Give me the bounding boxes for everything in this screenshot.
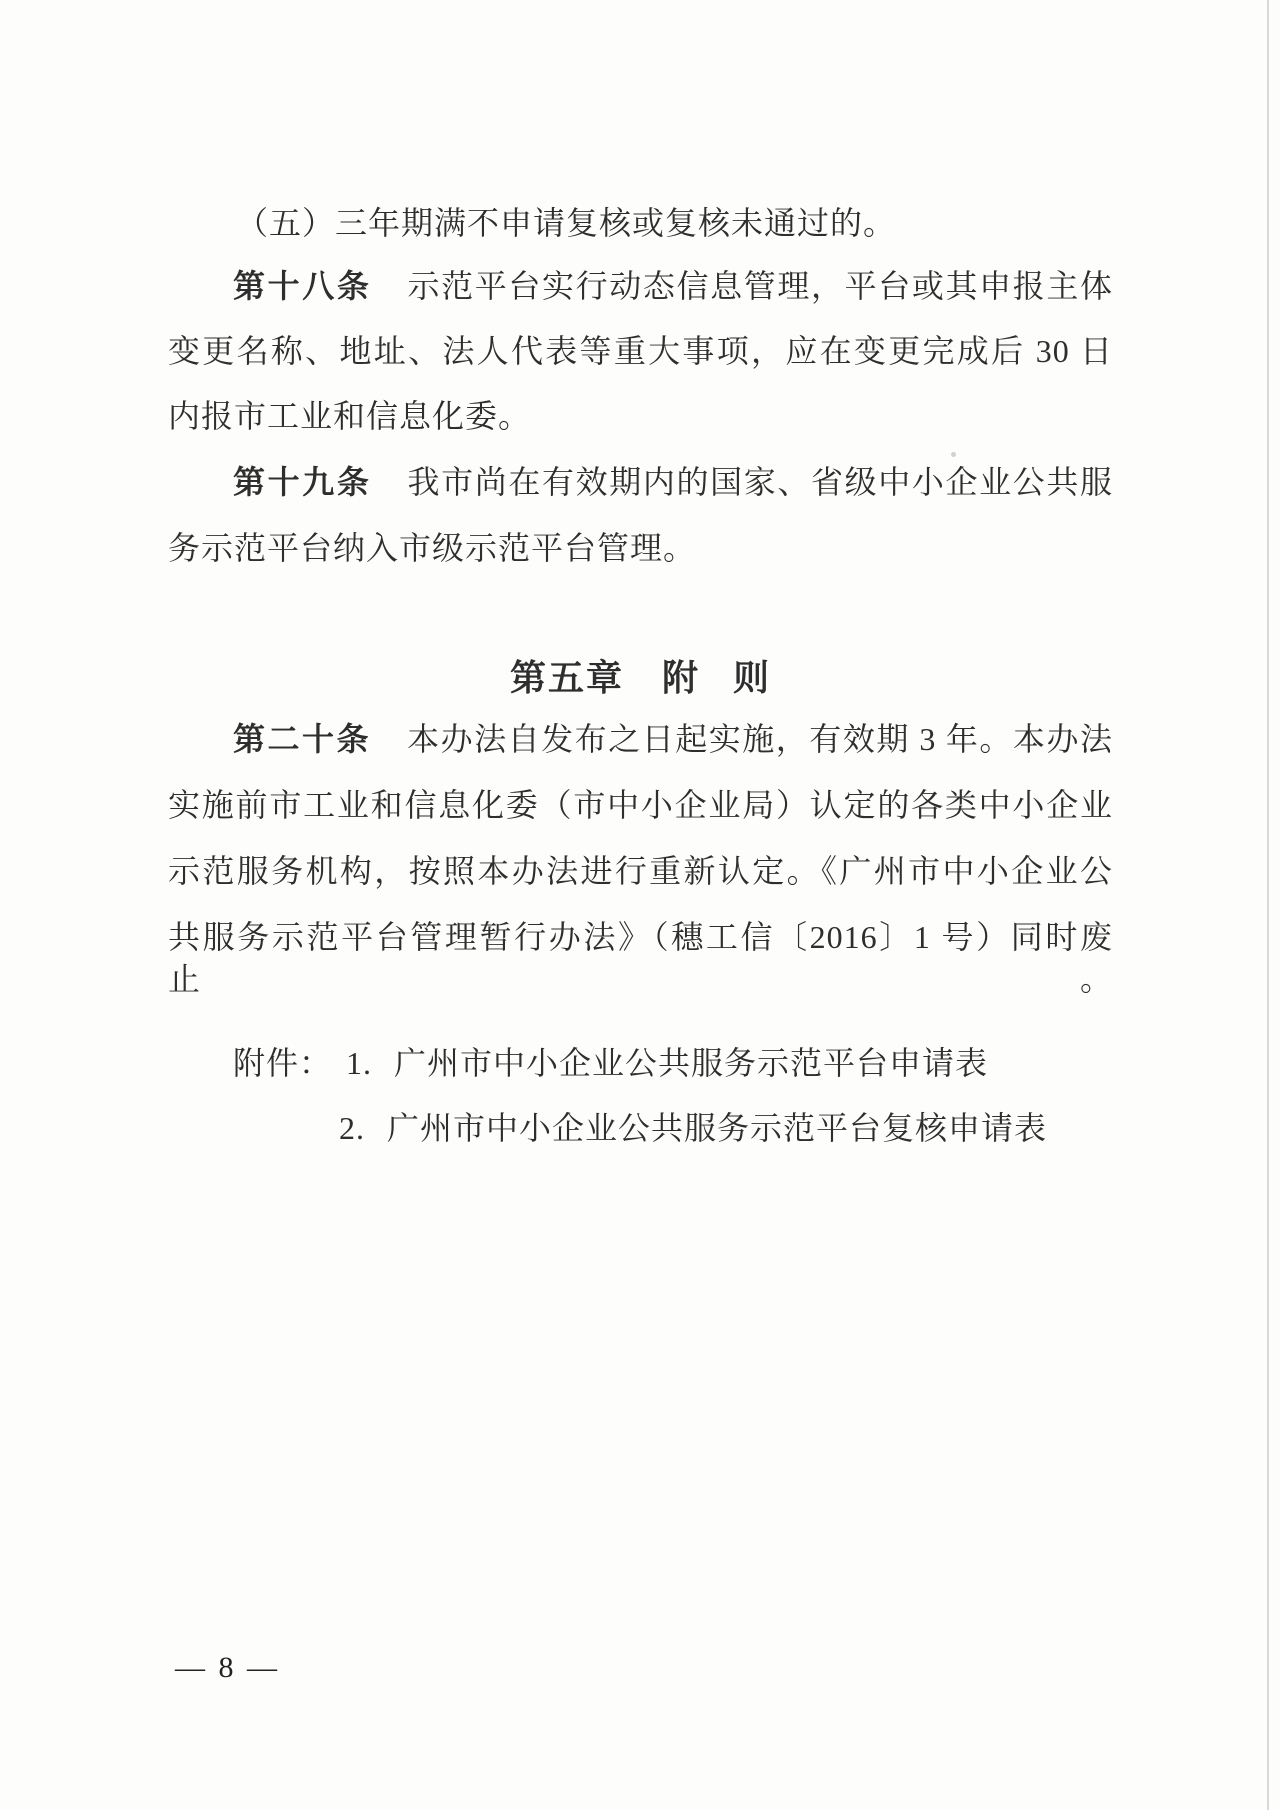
attachment-1-number: 1. (346, 1042, 374, 1084)
attachment-1-title: 广州市中小企业公共服务示范平台申请表 (394, 1045, 988, 1081)
article-18-label: 第十八条 (233, 268, 372, 304)
document-page: （五）三年期满不申请复核或复核未通过的。 第十八条示范平台实行动态信息管理，平台… (0, 0, 1280, 1810)
attachment-2-title: 广州市中小企业公共服务示范平台复核申请表 (387, 1110, 1047, 1146)
article-18-line: 第十八条示范平台实行动态信息管理，平台或其申报主体 (233, 265, 1113, 307)
page-number: — 8 — (175, 1648, 280, 1688)
article-18-continuation-line-1: 变更名称、地址、法人代表等重大事项，应在变更完成后 30 日 (168, 330, 1113, 372)
attachment-item-1: 附件：1.广州市中小企业公共服务示范平台申请表 (233, 1042, 988, 1084)
article-20-continuation-line-2: 示范服务机构，按照本办法进行重新认定。《广州市中小企业公 (168, 850, 1113, 892)
body-text: 实施前市工业和信息化委（市中小企业局）认定的各类中小企业 (168, 787, 1113, 823)
article-19-continuation-line: 务示范平台纳入市级示范平台管理。 (168, 527, 696, 569)
scan-edge-shadow (1267, 0, 1269, 1810)
body-text: 内报市工业和信息化委。 (168, 398, 531, 434)
article-18-continuation-line-2: 内报市工业和信息化委。 (168, 395, 531, 437)
article-20-continuation-line-3: 共服务示范平台管理暂行办法》（穗工信〔2016〕1 号）同时废止。 (168, 916, 1113, 1000)
article-20-line: 第二十条本办法自发布之日起实施，有效期 3 年。本办法 (233, 718, 1113, 760)
article-20-text: 本办法自发布之日起实施，有效期 3 年。本办法 (407, 721, 1113, 757)
attachment-2-number: 2. (339, 1107, 367, 1149)
article-20-continuation-line-1: 实施前市工业和信息化委（市中小企业局）认定的各类中小企业 (168, 784, 1113, 826)
article-18-text: 示范平台实行动态信息管理，平台或其申报主体 (408, 268, 1113, 304)
chapter-number: 第五章 (510, 658, 624, 698)
clause-item-5-text: （五）三年期满不申请复核或复核未通过的。 (236, 205, 896, 241)
article-19-text: 我市尚在有效期内的国家、省级中小企业公共服 (408, 464, 1113, 500)
clause-item-5-line: （五）三年期满不申请复核或复核未通过的。 (236, 202, 896, 244)
attachment-item-2: 2.广州市中小企业公共服务示范平台复核申请表 (339, 1107, 1047, 1149)
body-text: 务示范平台纳入市级示范平台管理。 (168, 530, 696, 566)
chapter-title: 附 则 (662, 658, 771, 698)
article-20-label: 第二十条 (233, 721, 371, 757)
article-19-line: 第十九条我市尚在有效期内的国家、省级中小企业公共服 (233, 461, 1113, 503)
article-19-label: 第十九条 (233, 464, 372, 500)
chapter-5-heading: 第五章附 则 (168, 656, 1113, 700)
body-text: 共服务示范平台管理暂行办法》（穗工信〔2016〕1 号）同时废止。 (168, 919, 1113, 997)
body-text: 变更名称、地址、法人代表等重大事项，应在变更完成后 30 日 (168, 333, 1113, 369)
attachments-label: 附件： (233, 1045, 332, 1081)
body-text: 示范服务机构，按照本办法进行重新认定。《广州市中小企业公 (168, 853, 1113, 889)
scan-speck (951, 452, 956, 457)
